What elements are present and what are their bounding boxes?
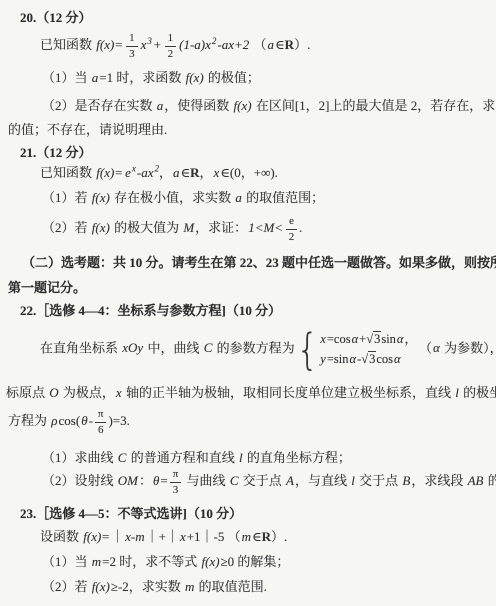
math-variable: AB — [467, 473, 485, 488]
text-segment: ∈ — [252, 529, 262, 544]
text-segment: . — [299, 220, 302, 235]
math-variable: xOy — [121, 340, 144, 355]
text-segment: ≥-2，求实数 — [111, 579, 184, 594]
text-segment: 为极点， — [60, 385, 115, 400]
problem-22-given-line1: 在直角坐标系 xOy 中，曲线 C 的参数方程为{x=cosα+√3sinα，y… — [40, 332, 496, 367]
text-segment: 的极值； — [205, 70, 260, 85]
text-segment: （2）设射线 — [42, 473, 117, 488]
problem-23-header: 23.［选修 4—5：不等式选讲]（10 分） — [20, 504, 242, 524]
fraction-numerator: 1 — [126, 32, 138, 47]
text-segment: 方程为 — [8, 413, 50, 428]
square-root: √3 — [361, 351, 376, 366]
cases-row: y=sinα-√3cosα — [319, 352, 417, 367]
text-segment: ，使得函数 — [164, 98, 232, 113]
math-variable: f(x) — [201, 554, 221, 569]
math-variable: (1-a)x — [178, 37, 212, 52]
text-segment: 与曲线 — [183, 473, 229, 488]
text-segment: 的极大值为 — [111, 220, 183, 235]
text-segment: =1 时，求函数 — [99, 70, 184, 85]
text-segment: 的取值范围； — [243, 190, 324, 205]
text-segment: 在直角坐标系 — [40, 340, 121, 355]
text-segment: - — [89, 413, 93, 428]
text-segment: ｜ — [111, 529, 124, 544]
exam-paper-page: 20.（12 分） 已知函数 f(x)=13x3+12(1-a)x2-ax+2 … — [0, 0, 496, 606]
text-segment: （1）若 — [42, 190, 91, 205]
text-segment: ， — [200, 165, 213, 180]
text-segment: 已知函数 — [40, 37, 95, 52]
fraction: 13 — [126, 32, 138, 60]
text-segment: ∈(0，+∞). — [220, 165, 278, 180]
problem-23-part1: （1）当 m=2 时，求不等式 f(x)≥0 的解集； — [42, 552, 289, 572]
text-segment: 的普通方程和直线 — [127, 450, 238, 465]
bold-symbol: R — [190, 165, 199, 180]
math-variable: f(x) — [91, 579, 111, 594]
text-segment: =2 时，求不等式 — [102, 554, 200, 569]
text-segment: （1）当 — [42, 70, 91, 85]
problem-20-part1: （1）当 a=1 时，求函数 f(x) 的极值； — [42, 68, 260, 88]
text-segment: ｜+｜ — [146, 529, 179, 544]
fraction: π3 — [170, 468, 182, 496]
math-variable: α — [349, 352, 358, 366]
math-variable: θ — [80, 413, 88, 428]
text-segment: 交于点 — [356, 473, 402, 488]
fraction-denominator: 2 — [286, 230, 297, 244]
text-segment: 的极坐标 — [460, 385, 496, 400]
math-variable: x-m — [124, 529, 146, 544]
text-segment: 设函数 — [40, 529, 82, 544]
cases-brace: { — [297, 328, 319, 371]
text-segment: ，求证： — [195, 220, 247, 235]
fraction-denominator: 2 — [165, 47, 177, 61]
text-segment: （2）是否存在实数 — [42, 98, 156, 113]
math-variable: -ax — [136, 165, 155, 180]
problem-20-header: 20.（12 分） — [20, 8, 92, 28]
math-variable: m — [91, 554, 102, 569]
math-variable: 1<M< — [247, 220, 284, 235]
fraction: e2 — [286, 215, 297, 243]
text-segment: = — [160, 473, 167, 488]
text-segment: cos — [376, 352, 393, 366]
math-variable: x — [319, 332, 327, 346]
math-variable: α — [393, 352, 402, 366]
math-variable: f(x) — [91, 190, 111, 205]
fraction-numerator: 1 — [165, 32, 177, 47]
fraction: π6 — [95, 408, 107, 436]
math-variable: f(x) — [233, 98, 253, 113]
math-variable: + — [152, 37, 163, 52]
text-segment: =sin — [327, 352, 349, 366]
math-variable: f(x) — [185, 70, 205, 85]
math-variable: C — [203, 340, 214, 355]
text-segment: ，与直线 — [295, 473, 350, 488]
text-segment: ）. — [294, 37, 310, 52]
math-variable: C — [229, 473, 240, 488]
math-variable: x — [179, 529, 187, 544]
cases-row: x=cosα+√3sinα， — [319, 332, 417, 347]
text-segment: 的参数方程为 — [213, 340, 294, 355]
math-variable: m — [184, 579, 195, 594]
text-segment: 标原点 — [6, 385, 48, 400]
math-variable: a — [234, 190, 243, 205]
math-variable: a — [91, 70, 100, 85]
problem-20-part2-line1: （2）是否存在实数 a，使得函数 f(x) 在区间[1，2]上的最大值是 2，若… — [42, 96, 496, 116]
problem-20-given: 已知函数 f(x)=13x3+12(1-a)x2-ax+2 （a∈R）. — [40, 32, 310, 60]
cases-rows: x=cosα+√3sinα，y=sinα-√3cosα — [319, 332, 417, 367]
fraction-denominator: 6 — [95, 423, 107, 437]
text-segment: 已知函数 — [40, 165, 95, 180]
text-segment: =cos — [327, 332, 351, 346]
math-variable: -ax+2 — [216, 37, 250, 52]
text-segment: +1｜-5 （ — [187, 529, 241, 544]
problem-22-part1: （1）求曲线 C 的普通方程和直线 l 的直角坐标方程； — [42, 448, 351, 468]
problem-21-part2: （2）若 f(x) 的极大值为 M，求证：1<M<e2. — [42, 215, 302, 243]
math-variable: ρ — [50, 413, 58, 428]
text-segment: （1）求曲线 — [42, 450, 117, 465]
square-root: √3 — [366, 331, 381, 346]
problem-22-part2: （2）设射线 OM：θ=π3 与曲线 C 交于点 A，与直线 l 交于点 B，求… — [42, 468, 496, 496]
text-segment: 交于点 — [239, 473, 285, 488]
math-variable: f(x)= — [95, 37, 124, 52]
section-note-line2: 第一题记分。 — [8, 278, 86, 298]
math-variable: M — [182, 220, 195, 235]
fraction-numerator: e — [286, 215, 297, 230]
text-segment: 中，曲线 — [144, 340, 203, 355]
problem-23-given: 设函数 f(x)=｜x-m｜+｜x+1｜-5 （m∈R）. — [40, 527, 287, 547]
math-variable: α — [351, 332, 360, 346]
fraction-numerator: π — [170, 468, 182, 483]
text-segment: sin — [381, 332, 396, 346]
math-variable: f(x) — [91, 220, 111, 235]
math-variable: α — [432, 340, 441, 355]
math-variable: B — [401, 473, 411, 488]
fraction-denominator: 3 — [170, 483, 182, 497]
fraction-numerator: π — [95, 408, 107, 423]
text-segment: 为参数），以坐 — [441, 340, 496, 355]
problem-22-header: 22.［选修 4—4：坐标系与参数方程]（10 分） — [20, 301, 281, 321]
text-segment: （2）若 — [42, 579, 91, 594]
bold-symbol: R — [262, 529, 271, 544]
text-segment: 的长. — [484, 473, 496, 488]
math-variable: e — [124, 165, 132, 180]
text-segment: （ — [250, 37, 266, 52]
problem-20-part2-line2: 的值；不存在，请说明理由. — [8, 120, 167, 140]
fraction: 12 — [165, 32, 177, 60]
problem-22-given-line2: 标原点 O 为极点，x 轴的正半轴为极轴，取相同长度单位建立极坐标系，直线 l … — [6, 383, 496, 403]
math-variable: C — [117, 450, 128, 465]
bold-symbol: R — [285, 37, 294, 52]
math-variable: a — [156, 98, 165, 113]
text-segment: ，求线段 — [411, 473, 466, 488]
text-segment: ∈ — [275, 37, 285, 52]
text-segment: 的取值范围. — [195, 579, 267, 594]
text-segment: 的值；不存在，请说明理由. — [8, 122, 167, 137]
math-variable: x — [115, 385, 123, 400]
text-segment: （ — [419, 340, 432, 355]
text-segment: ∈ — [180, 165, 190, 180]
problem-23-part2: （2）若 f(x)≥-2，求实数 m 的取值范围. — [42, 577, 267, 597]
problem-22-polar-equation: 方程为 ρcos(θ-π6)=3. — [8, 408, 130, 436]
text-segment: 在区间[1，2]上的最大值是 2，若存在，求出 — [253, 98, 496, 113]
fraction-denominator: 3 — [126, 47, 138, 61]
section-note-line1: （二）选考题：共 10 分。请考生在第 22、23 题中任选一题做答。如果多做，… — [22, 253, 496, 273]
math-variable: f(x)= — [82, 529, 111, 544]
cases-system: {x=cosα+√3sinα，y=sinα-√3cosα — [297, 332, 417, 367]
problem-21-part1: （1）若 f(x) 存在极小值，求实数 a 的取值范围； — [42, 188, 324, 208]
math-variable: y — [319, 352, 327, 366]
math-variable: OM — [117, 473, 139, 488]
text-segment: 的直角坐标方程； — [244, 450, 351, 465]
text-segment: ， — [404, 332, 417, 346]
text-segment: ）. — [271, 529, 287, 544]
text-segment: ≥0 的解集； — [221, 554, 290, 569]
text-segment: 存在极小值，求实数 — [111, 190, 235, 205]
math-variable: A — [285, 473, 295, 488]
text-segment: （2）若 — [42, 220, 91, 235]
text-segment: 轴的正半轴为极轴，取相同长度单位建立极坐标系，直线 — [123, 385, 455, 400]
math-variable: f(x)= — [95, 165, 124, 180]
text-segment: cos( — [59, 413, 81, 428]
text-segment: ： — [139, 473, 152, 488]
problem-21-header: 21.（12 分） — [20, 143, 92, 163]
text-segment: )=3. — [108, 413, 129, 428]
math-variable: a — [267, 37, 276, 52]
text-segment: （1）当 — [42, 554, 91, 569]
math-variable: m — [241, 529, 252, 544]
problem-21-given: 已知函数 f(x)=ex-ax2，a∈R，x∈(0，+∞). — [40, 163, 278, 183]
text-segment: ， — [159, 165, 172, 180]
math-variable: O — [48, 385, 59, 400]
